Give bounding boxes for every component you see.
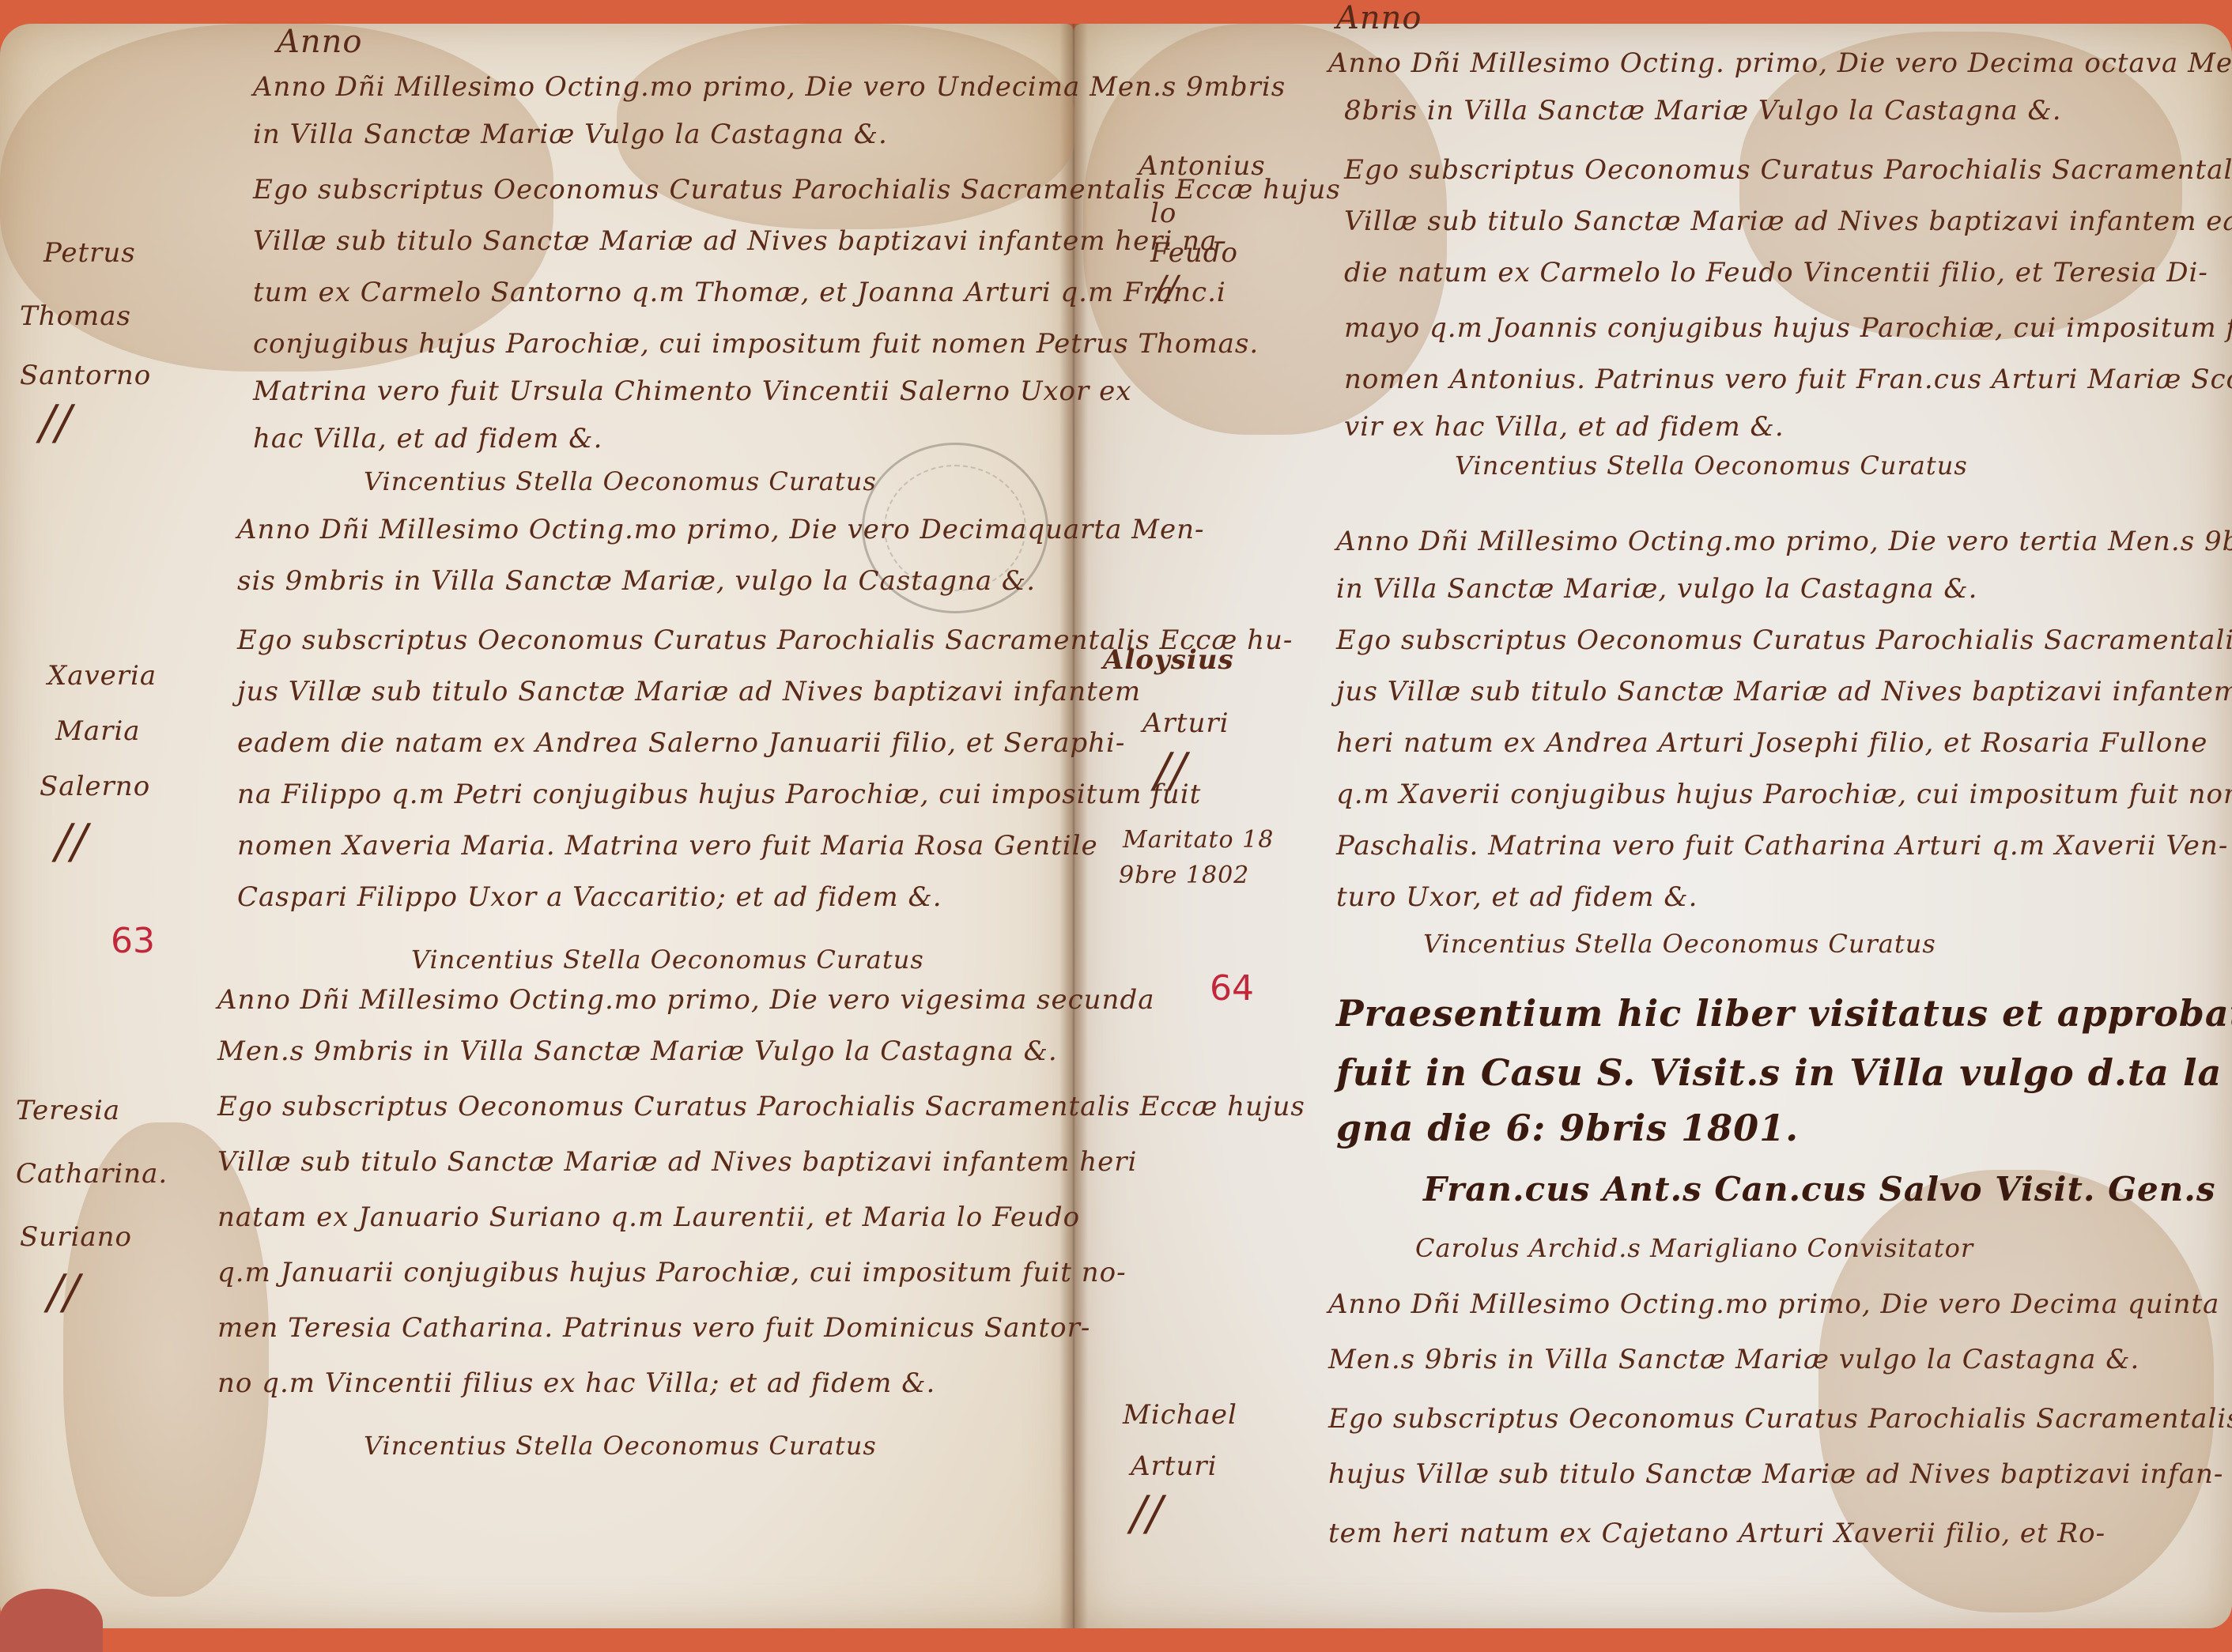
page-header: Anno: [277, 24, 363, 60]
entry-line: Anno Dñi Millesimo Octing.mo primo, Die …: [253, 71, 1286, 103]
entry-line: 8bris in Villa Sanctæ Mariæ Vulgo la Cas…: [1344, 95, 2062, 126]
margin-name: Thomas: [20, 300, 131, 332]
entry-line: conjugibus hujus Parochiæ, cui impositum…: [253, 328, 1259, 360]
entry-line: Anno Dñi Millesimo Octing.mo primo, Die …: [217, 984, 1155, 1016]
visitation-note-line: Praesentium hic liber visitatus et appro…: [1336, 992, 2232, 1035]
entry-line: Anno Dñi Millesimo Octing. primo, Die ve…: [1328, 47, 2232, 79]
visitation-note-line: gna die 6: 9bris 1801.: [1336, 1107, 1799, 1149]
margin-double-slash: //: [40, 395, 71, 451]
entry-line: Men.s 9bris in Villa Sanctæ Mariæ vulgo …: [1328, 1344, 2139, 1375]
signature: Vincentius Stella Oeconomus Curatus: [411, 945, 924, 975]
margin-name: Maria: [55, 715, 140, 747]
entry-line: q.m Januarii conjugibus hujus Parochiæ, …: [217, 1257, 1127, 1288]
margin-name: Arturi: [1142, 707, 1229, 739]
entry-line: Paschalis. Matrina vero fuit Catharina A…: [1336, 830, 2228, 862]
entry-line: jus Villæ sub titulo Sanctæ Mariæ ad Niv…: [1336, 676, 2232, 707]
entry-line: jus Villæ sub titulo Sanctæ Mariæ ad Niv…: [237, 676, 1141, 707]
entry-line: Matrina vero fuit Ursula Chimento Vincen…: [253, 375, 1131, 407]
signature: Vincentius Stella Oeconomus Curatus: [1455, 451, 1968, 481]
margin-name: Feudo: [1150, 237, 1238, 269]
entry-line: men Teresia Catharina. Patrinus vero fui…: [217, 1312, 1090, 1344]
signature: Vincentius Stella Oeconomus Curatus: [364, 1431, 877, 1461]
entry-line: na Filippo q.m Petri conjugibus hujus Pa…: [237, 779, 1201, 810]
entry-line: mayo q.m Joannis conjugibus hujus Paroch…: [1344, 312, 2232, 344]
margin-name: Aloysius: [1103, 644, 1234, 676]
entry-line: Ego subscriptus Oeconomus Curatus Paroch…: [217, 1091, 1305, 1122]
margin-name: lo: [1150, 198, 1176, 229]
entry-line: tem heri natum ex Cajetano Arturi Xaveri…: [1328, 1518, 2105, 1549]
entry-line: nomen Antonius. Patrinus vero fuit Fran.…: [1344, 364, 2232, 395]
margin-double-slash: //: [55, 814, 87, 869]
entry-line: Ego subscriptus Oeconomus Curatus Paroch…: [1344, 154, 2232, 186]
entry-line: hac Villa, et ad fidem &.: [253, 423, 602, 454]
page-header: Anno: [1336, 0, 1422, 36]
entry-line: Caspari Filippo Uxor a Vaccaritio; et ad…: [237, 881, 942, 913]
convisitator-signature: Carolus Archid.s Marigliano Convisitator: [1415, 1233, 1973, 1263]
entry-line: vir ex hac Villa, et ad fidem &.: [1344, 411, 1784, 443]
entry-line: Anno Dñi Millesimo Octing.mo primo, Die …: [1336, 526, 2232, 557]
visitation-note-line: fuit in Casu S. Visit.s in Villa vulgo d…: [1336, 1051, 2232, 1094]
entry-line: sis 9mbris in Villa Sanctæ Mariæ, vulgo …: [237, 565, 1036, 597]
entry-line: q.m Xaverii conjugibus hujus Parochiæ, c…: [1336, 779, 2232, 810]
entry-line: Villæ sub titulo Sanctæ Mariæ ad Nives b…: [217, 1146, 1137, 1178]
entry-line: nomen Xaveria Maria. Matrina vero fuit M…: [237, 830, 1098, 862]
margin-name: Santorno: [20, 360, 151, 391]
margin-name: Teresia: [16, 1095, 120, 1126]
margin-marriage-note: 9bre 1802: [1119, 862, 1249, 889]
signature: Vincentius Stella Oeconomus Curatus: [1423, 929, 1936, 959]
entry-line: in Villa Sanctæ Mariæ, vulgo la Castagna…: [1336, 573, 1977, 605]
page-number: 64: [1210, 968, 1254, 1009]
margin-double-slash: //: [47, 1265, 79, 1320]
book-gutter: [1059, 24, 1088, 1628]
entry-line: Ego subscriptus Oeconomus Curatus Paroch…: [1328, 1403, 2232, 1435]
signature: Vincentius Stella Oeconomus Curatus: [364, 466, 877, 496]
entry-line: die natum ex Carmelo lo Feudo Vincentii …: [1344, 257, 2208, 289]
margin-name: Petrus: [43, 237, 136, 269]
entry-line: Ego subscriptus Oeconomus Curatus Paroch…: [1336, 624, 2232, 656]
margin-name: Salerno: [40, 771, 150, 802]
margin-double-slash: //: [1131, 1486, 1162, 1541]
margin-marriage-note: Maritato 18: [1123, 826, 1274, 854]
margin-name: Antonius: [1139, 150, 1266, 182]
entry-line: Villæ sub titulo Sanctæ Mariæ ad Nives b…: [1344, 206, 2232, 237]
entry-line: in Villa Sanctæ Mariæ Vulgo la Castagna …: [253, 119, 888, 150]
entry-line: tum ex Carmelo Santorno q.m Thomæ, et Jo…: [253, 277, 1226, 308]
page-number: 63: [111, 921, 155, 961]
entry-line: Villæ sub titulo Sanctæ Mariæ ad Nives b…: [253, 225, 1227, 257]
margin-name: Catharina.: [16, 1158, 168, 1190]
margin-double-slash: //: [1154, 269, 1178, 309]
entry-line: turo Uxor, et ad fidem &.: [1336, 881, 1698, 913]
entry-line: natam ex Januario Suriano q.m Laurentii,…: [217, 1201, 1080, 1233]
entry-line: no q.m Vincentii filius ex hac Villa; et…: [217, 1367, 935, 1399]
margin-name: Michael: [1123, 1399, 1237, 1431]
entry-line: Anno Dñi Millesimo Octing.mo primo, Die …: [1328, 1288, 2219, 1320]
margin-name: Arturi: [1131, 1450, 1218, 1482]
entry-line: Men.s 9mbris in Villa Sanctæ Mariæ Vulgo…: [217, 1035, 1058, 1067]
visitor-signature: Fran.cus Ant.s Can.cus Salvo Visit. Gen.…: [1423, 1170, 2216, 1209]
open-register-book: Anno Petrus Thomas Santorno // Anno Dñi …: [0, 0, 2232, 1652]
margin-double-slash: //: [1154, 743, 1186, 798]
entry-line: eadem die natam ex Andrea Salerno Januar…: [237, 727, 1125, 759]
margin-name: Suriano: [20, 1221, 132, 1253]
entry-line: Anno Dñi Millesimo Octing.mo primo, Die …: [237, 514, 1205, 545]
margin-name: Xaveria: [47, 660, 157, 692]
entry-line: hujus Villæ sub titulo Sanctæ Mariæ ad N…: [1328, 1458, 2223, 1490]
entry-line: heri natum ex Andrea Arturi Josephi fili…: [1336, 727, 2207, 759]
